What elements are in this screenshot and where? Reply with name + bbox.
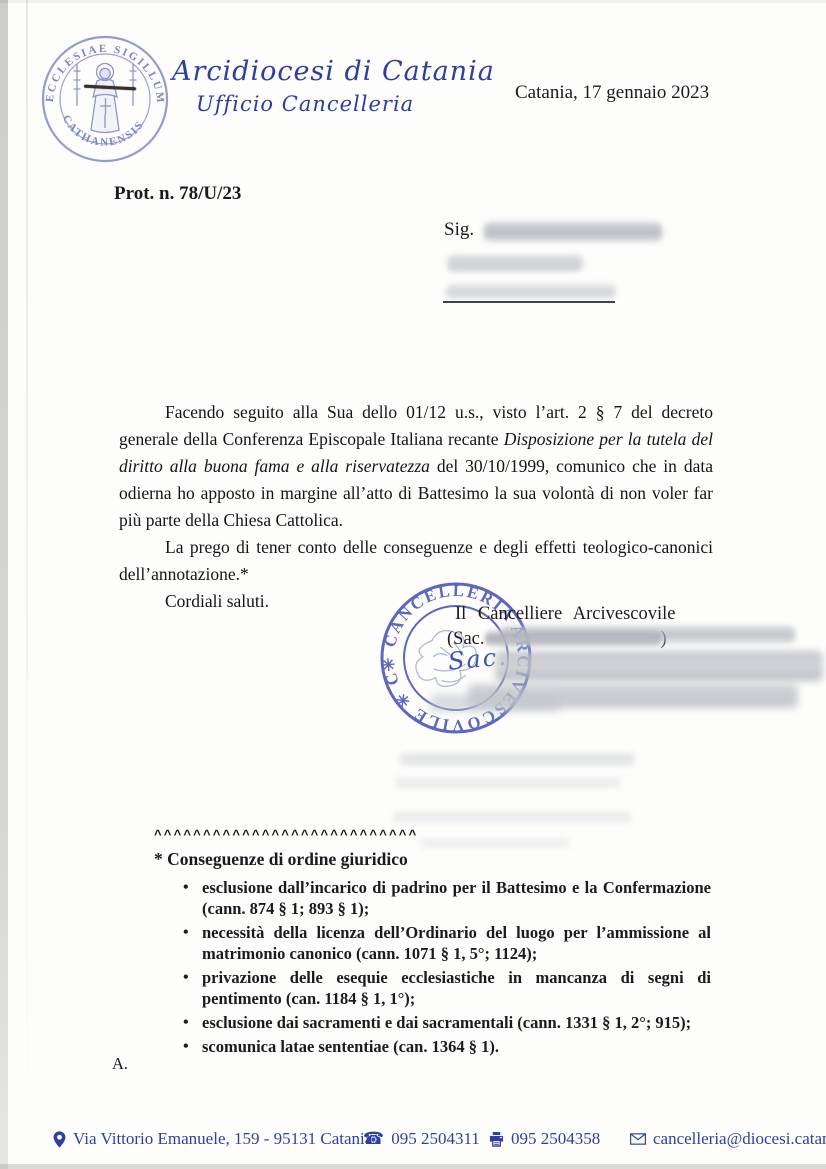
diocese-seal-icon: ECCLESIAE SIGILLUM CATHANENSIS: [40, 34, 170, 164]
list-item-text: necessità della licenza dell’Ordinario d…: [202, 922, 711, 964]
bleedthrough-ghost-text: [393, 812, 631, 823]
scan-edge-bottom: [0, 1164, 826, 1169]
footer-email: cancelleria@diocesi.catania.it: [653, 1129, 826, 1149]
bullet-icon: •: [183, 877, 191, 919]
list-item-text: esclusione dall’incarico di padrino per …: [202, 877, 711, 919]
dateline: Catania, 17 gennaio 2023: [515, 82, 709, 104]
printer-icon: [489, 1132, 504, 1147]
footer-phone-group: ☎ 095 2504311: [363, 1126, 480, 1152]
consequences-list: • esclusione dall’incarico di padrino pe…: [183, 877, 711, 1060]
paragraph-1: Facendo seguito alla Sua dello 01/12 u.s…: [119, 399, 713, 534]
bullet-icon: •: [183, 1012, 191, 1033]
footer-phone: 095 2504311: [391, 1129, 480, 1149]
footnote-separator: ^^^^^^^^^^^^^^^^^^^^^^^^^^^: [154, 827, 418, 842]
office-name: Ufficio Cancelleria: [196, 92, 414, 116]
seal-saint-figure: [74, 64, 137, 133]
redacted-recipient-line2: [447, 255, 583, 271]
list-item: • esclusione dall’incarico di padrino pe…: [183, 877, 711, 919]
bleedthrough-ghost-text: [395, 777, 620, 788]
bullet-icon: •: [183, 967, 191, 1009]
signer-title: Il Cancelliere Arcivescovile: [455, 604, 676, 625]
recipient-salutation: Sig.: [444, 219, 474, 241]
paper-crease: [26, 0, 28, 1169]
footer-email-group: cancelleria@diocesi.catania.it: [630, 1126, 826, 1152]
protocol-number: Prot. n. 78/U/23: [114, 183, 241, 205]
footer-contact-bar: Via Vittorio Emanuele, 159 - 95131 Catan…: [0, 1126, 826, 1156]
bullet-icon: •: [183, 922, 191, 964]
location-pin-icon: [53, 1131, 66, 1148]
list-item: • privazione delle esequie ecclesiastich…: [183, 967, 711, 1009]
footer-address-group: Via Vittorio Emanuele, 159 - 95131 Catan…: [53, 1126, 372, 1152]
footer-fax-group: 095 2504358: [489, 1126, 600, 1152]
annotation-letter: A.: [112, 1054, 128, 1074]
redacted-recipient-line3: [446, 284, 616, 298]
bleedthrough-ghost-text: [400, 753, 635, 766]
list-item-text: esclusione dai sacramenti e dai sacramen…: [202, 1012, 711, 1033]
bullet-icon: •: [183, 1036, 191, 1057]
signature-smudge-2: [495, 651, 823, 681]
bleedthrough-ghost-text: [420, 838, 570, 848]
scanned-letter-page: ECCLESIAE SIGILLUM CATHANENSIS Arcidioce…: [0, 0, 826, 1169]
list-item: • necessità della licenza dell’Ordinario…: [183, 922, 711, 964]
telephone-icon: ☎: [363, 1131, 384, 1148]
redacted-recipient-name: [484, 222, 662, 242]
list-item-text: privazione delle esequie ecclesiastiche …: [202, 967, 711, 1009]
footer-address: Via Vittorio Emanuele, 159 - 95131 Catan…: [73, 1129, 372, 1149]
footnote-heading: * Conseguenze di ordine giuridico: [154, 849, 408, 870]
recipient-underline: [443, 301, 615, 303]
scan-edge-left: [0, 0, 8, 1169]
envelope-icon: [630, 1133, 646, 1145]
list-item-text: scomunica latae sententiae (can. 1364 § …: [202, 1036, 711, 1057]
scan-edge-top: [0, 0, 826, 3]
list-item: • scomunica latae sententiae (can. 1364 …: [183, 1036, 711, 1057]
list-item: • esclusione dai sacramenti e dai sacram…: [183, 1012, 711, 1033]
footer-fax: 095 2504358: [511, 1129, 600, 1149]
organization-name: Arcidiocesi di Catania: [172, 56, 495, 87]
signature-smudge-4: [430, 694, 560, 712]
signature-smudge-1: [500, 626, 795, 643]
